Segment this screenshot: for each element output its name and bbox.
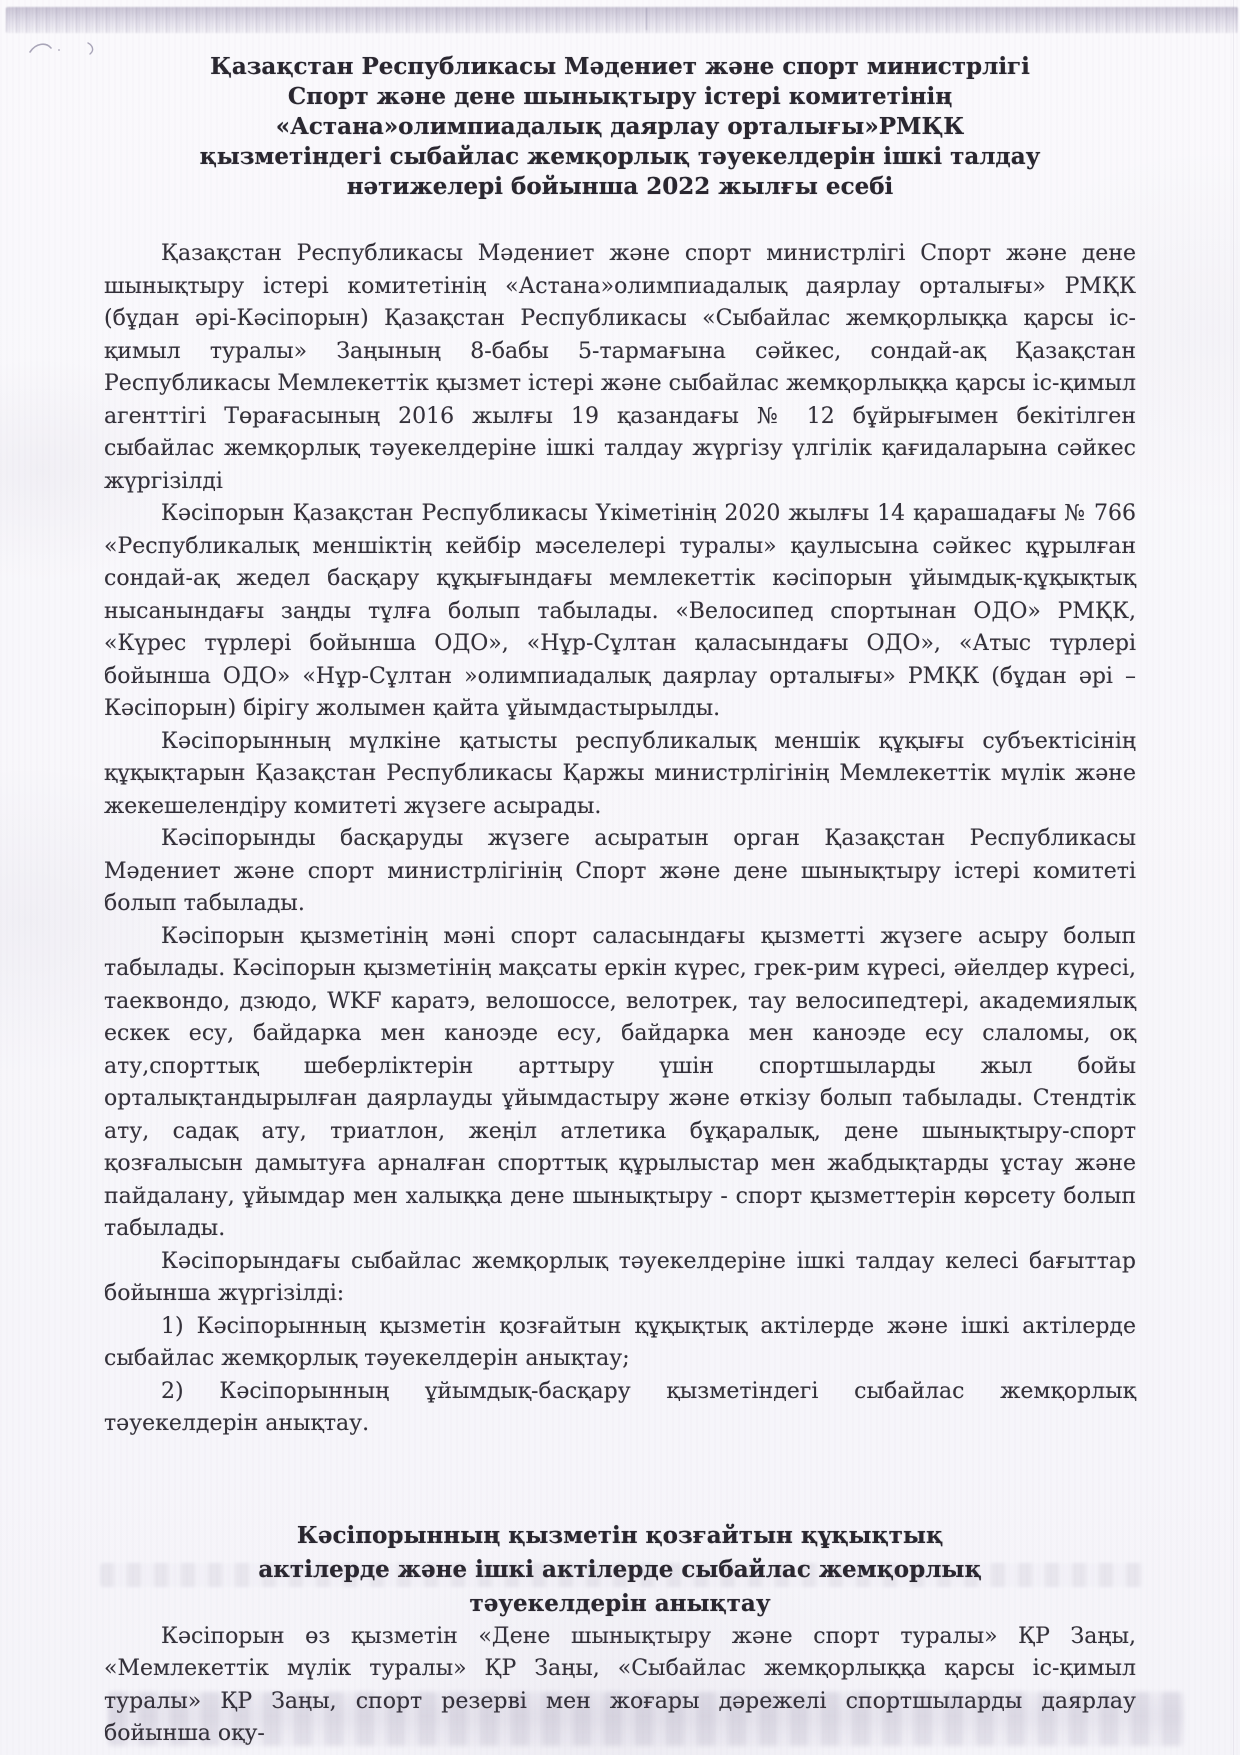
- document-content: Қазақстан Республикасы Мәдениет және спо…: [0, 0, 1240, 1751]
- title-line: Спорт және дене шынықтыру істері комитет…: [104, 82, 1136, 112]
- title-line: Қазақстан Республикасы Мәдениет және спо…: [104, 52, 1136, 82]
- list-item-1: 1) Кәсіпорынның қызметін қозғайтын құқық…: [104, 1311, 1136, 1376]
- document-body: Қазақстан Республикасы Мәдениет және спо…: [104, 238, 1136, 1751]
- paragraph-governing-body: Кәсіпорынды басқаруды жүзеге асыратын ор…: [104, 823, 1136, 921]
- title-line: «Астана»олимпиадалық даярлау орталығы»РМ…: [104, 112, 1136, 142]
- paragraph-establishment: Кәсіпорын Қазақстан Республикасы Үкіметі…: [104, 498, 1136, 726]
- paragraph-analysis-directions: Кәсіпорындағы сыбайлас жемқорлық тәуекел…: [104, 1246, 1136, 1311]
- section-heading: Кәсіпорынның қызметін қозғайтын құқықтық…: [235, 1519, 1005, 1621]
- scanned-document-page: Қазақстан Республикасы Мәдениет және спо…: [0, 0, 1240, 1755]
- list-item-2: 2) Кәсіпорынның ұйымдық-басқару қызметін…: [104, 1376, 1136, 1441]
- document-title: Қазақстан Республикасы Мәдениет және спо…: [104, 52, 1136, 202]
- paragraph-property-rights: Кәсіпорынның мүлкіне қатысты республикал…: [104, 726, 1136, 824]
- title-line: қызметіндегі сыбайлас жемқорлық тәуекелд…: [104, 142, 1136, 172]
- paragraph-legal-basis: Қазақстан Республикасы Мәдениет және спо…: [104, 238, 1136, 498]
- title-line: нәтижелері бойынша 2022 жылғы есебі: [104, 172, 1136, 202]
- paragraph-activity-purpose: Кәсіпорын қызметінің мәні спорт саласынд…: [104, 921, 1136, 1246]
- paragraph-closing: Кәсіпорын өз қызметін «Дене шынықтыру жә…: [104, 1621, 1136, 1751]
